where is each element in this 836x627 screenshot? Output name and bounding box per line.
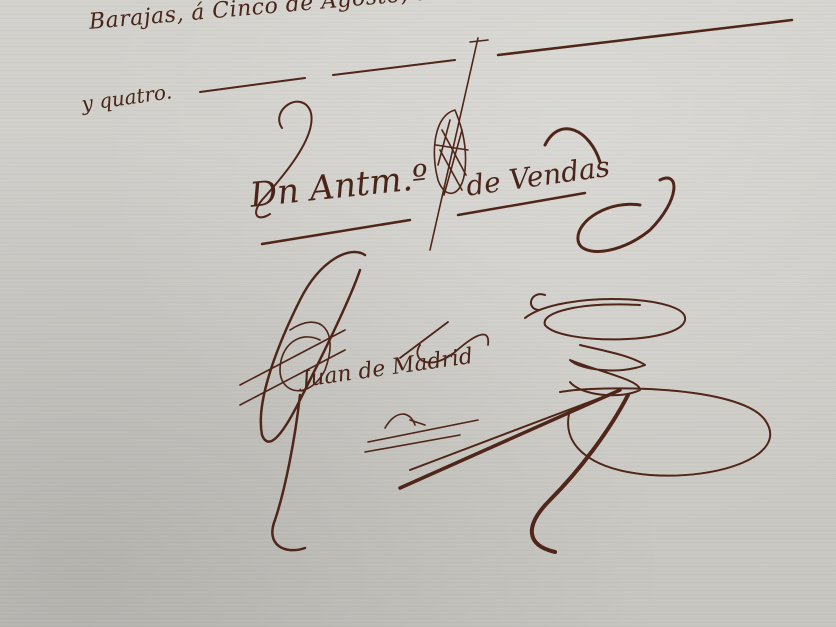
slash-stroke (400, 390, 620, 488)
rubric-c (545, 129, 674, 252)
dash-line (333, 60, 455, 75)
underline (365, 435, 460, 452)
underline (368, 420, 478, 442)
dash-line (498, 20, 792, 55)
slash-stroke (410, 398, 600, 470)
dash-line (200, 78, 305, 92)
signature-prefix: Dn (248, 171, 301, 216)
document-photo: Barajas, á Cinco de Agosto, de mil ... y… (0, 0, 836, 627)
rubric-coil (525, 294, 770, 475)
flourish-j (261, 252, 365, 550)
small-mark (385, 414, 425, 428)
underline (262, 220, 410, 244)
net-rubric (430, 38, 488, 250)
